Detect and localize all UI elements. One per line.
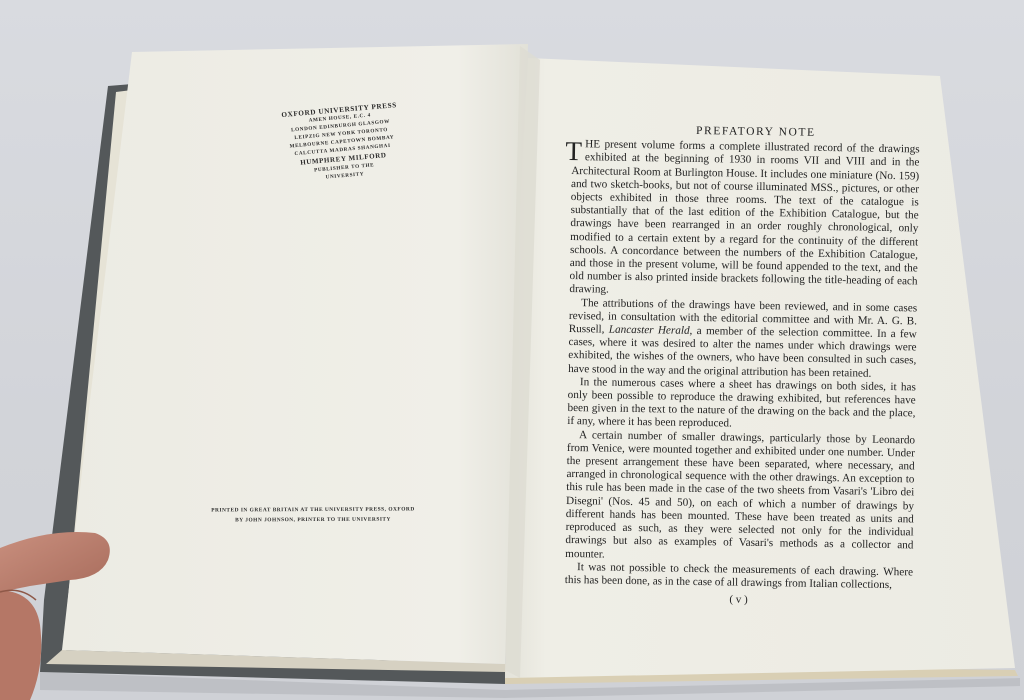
paragraph: The attributions of the drawings have be… xyxy=(568,297,917,382)
paragraph: It was not possible to check the measure… xyxy=(565,561,913,593)
dropcap: T xyxy=(565,140,582,162)
paragraph: A certain number of smaller drawings, pa… xyxy=(565,429,915,566)
italic-title: Lancaster Herald xyxy=(609,324,690,337)
book-photo: OXFORD UNIVERSITY PRESS AMEN HOUSE, E.C.… xyxy=(0,0,1024,700)
paragraph: THE present volume forms a complete illu… xyxy=(569,138,919,302)
printer-note-line: PRINTED IN GREAT BRITAIN AT THE UNIVERSI… xyxy=(198,504,428,515)
paragraph-text: HE present volume forms a complete illus… xyxy=(569,138,919,296)
publisher-imprint: OXFORD UNIVERSITY PRESS AMEN HOUSE, E.C.… xyxy=(259,99,425,187)
paragraph: In the numerous cases where a sheet has … xyxy=(567,376,916,434)
prefatory-note: PREFATORY NOTE THE present volume forms … xyxy=(564,123,920,610)
printer-note: PRINTED IN GREAT BRITAIN AT THE UNIVERSI… xyxy=(198,504,428,525)
printer-note-line: BY JOHN JOHNSON, PRINTER TO THE UNIVERSI… xyxy=(198,514,428,525)
